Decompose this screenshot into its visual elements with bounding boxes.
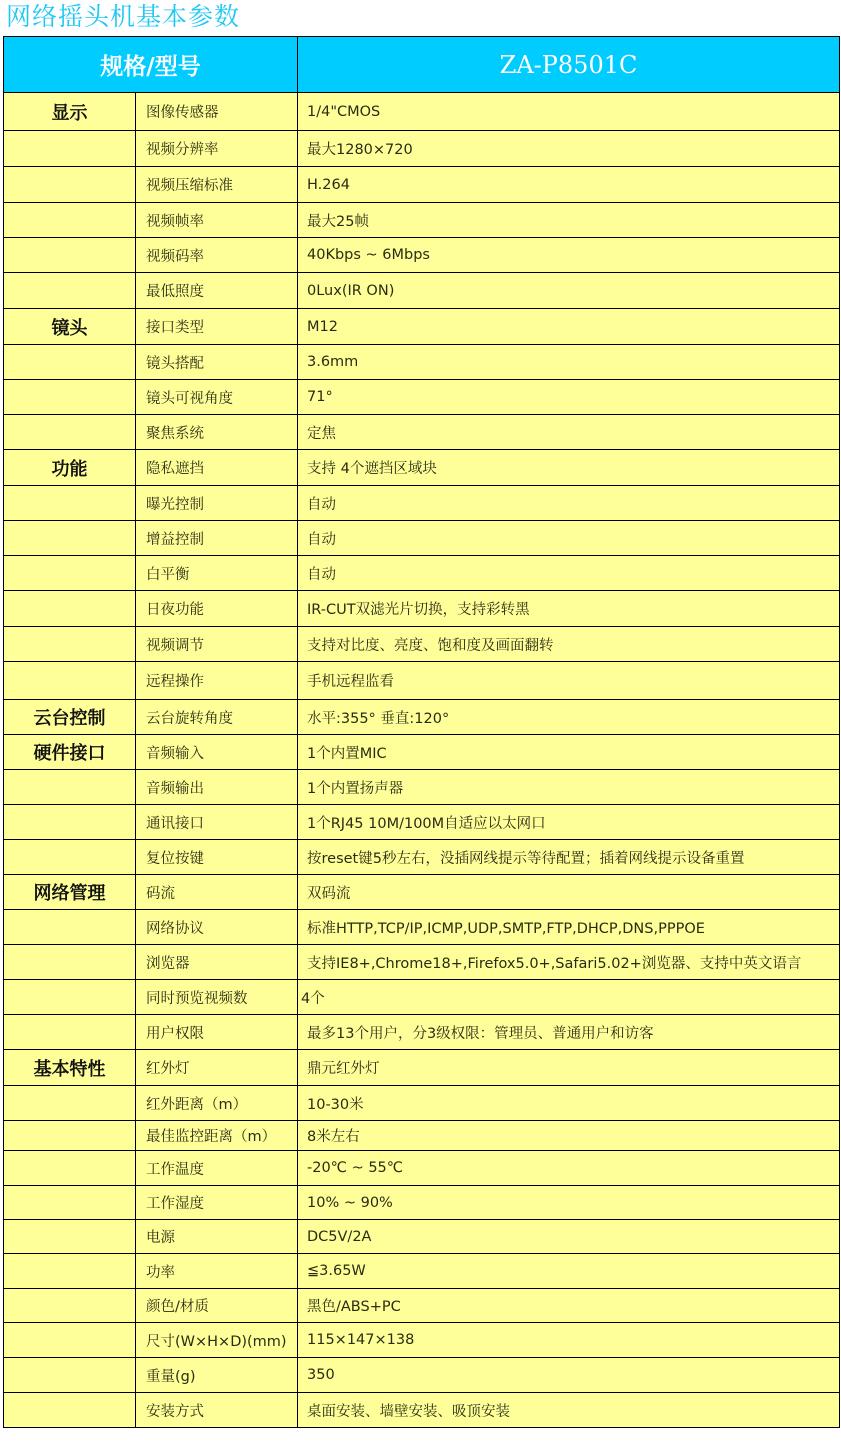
- category-cell: [4, 1015, 136, 1050]
- category-cell: [4, 273, 136, 309]
- parameter-value-cell: 1/4"CMOS: [298, 93, 840, 131]
- parameter-name-cell: 音频输入: [136, 735, 298, 770]
- spec-table: 规格/型号 ZA-P8501C 显示图像传感器1/4"CMOS视频分辨率最大12…: [3, 36, 840, 1428]
- parameter-name-cell: 工作温度: [136, 1151, 298, 1186]
- parameter-value-cell: 鼎元红外灯: [298, 1050, 840, 1086]
- parameter-value-cell: 按reset键5秒左右，没插网线提示等待配置；插着网线提示设备重置: [298, 840, 840, 875]
- parameter-value-cell: 自动: [298, 556, 840, 591]
- table-header-row: 规格/型号 ZA-P8501C: [4, 37, 840, 93]
- table-row: 硬件接口音频输入1个内置MIC: [4, 735, 840, 770]
- parameter-name-cell: 白平衡: [136, 556, 298, 591]
- category-cell: [4, 203, 136, 238]
- table-row: 网络协议标准HTTP,TCP/IP,ICMP,UDP,SMTP,FTP,DHCP…: [4, 910, 840, 945]
- table-row: 视频调节支持对比度、亮度、饱和度及画面翻转: [4, 627, 840, 662]
- category-cell: 硬件接口: [4, 735, 136, 770]
- category-cell: 镜头: [4, 309, 136, 345]
- table-row: 网络管理码流双码流: [4, 875, 840, 910]
- category-cell: [4, 167, 136, 203]
- category-cell: [4, 945, 136, 980]
- spec-table-body: 显示图像传感器1/4"CMOS视频分辨率最大1280×720视频压缩标准H.26…: [4, 93, 840, 1428]
- table-row: 功能隐私遮挡支持 4个遮挡区域块: [4, 450, 840, 486]
- parameter-name-cell: 隐私遮挡: [136, 450, 298, 486]
- category-cell: 云台控制: [4, 700, 136, 735]
- parameter-value-cell: 10-30米: [298, 1086, 840, 1121]
- parameter-value-cell: 支持对比度、亮度、饱和度及画面翻转: [298, 627, 840, 662]
- parameter-value-cell: 最大25帧: [298, 203, 840, 238]
- category-cell: [4, 1393, 136, 1428]
- category-cell: [4, 1121, 136, 1151]
- table-row: 视频码率40Kbps ~ 6Mbps: [4, 238, 840, 273]
- parameter-name-cell: 接口类型: [136, 309, 298, 345]
- parameter-value-cell: H.264: [298, 167, 840, 203]
- table-row: 重量(g)350: [4, 1358, 840, 1393]
- table-row: 视频压缩标准H.264: [4, 167, 840, 203]
- table-row: 增益控制自动: [4, 521, 840, 556]
- table-row: 视频帧率最大25帧: [4, 203, 840, 238]
- table-row: 聚焦系统定焦: [4, 415, 840, 450]
- category-cell: [4, 662, 136, 700]
- parameter-name-cell: 红外距离（m）: [136, 1086, 298, 1121]
- parameter-name-cell: 码流: [136, 875, 298, 910]
- table-row: 颜色/材质黑色/ABS+PC: [4, 1289, 840, 1323]
- table-row: 尺寸(W×H×D)(mm)115×147×138: [4, 1323, 840, 1358]
- parameter-value-cell: 115×147×138: [298, 1323, 840, 1358]
- parameter-name-cell: 视频帧率: [136, 203, 298, 238]
- parameter-value-cell: DC5V/2A: [298, 1220, 840, 1254]
- parameter-name-cell: 红外灯: [136, 1050, 298, 1086]
- parameter-name-cell: 颜色/材质: [136, 1289, 298, 1323]
- category-cell: 功能: [4, 450, 136, 486]
- table-row: 用户权限最多13个用户，分3级权限：管理员、普通用户和访客: [4, 1015, 840, 1050]
- category-cell: [4, 1220, 136, 1254]
- category-cell: [4, 1086, 136, 1121]
- parameter-value-cell: IR-CUT双滤光片切换，支持彩转黑: [298, 591, 840, 627]
- parameter-value-cell: 黑色/ABS+PC: [298, 1289, 840, 1323]
- parameter-value-cell: 双码流: [298, 875, 840, 910]
- parameter-name-cell: 同时预览视频数: [136, 980, 298, 1015]
- table-row: 安装方式桌面安装、墙壁安装、吸顶安装: [4, 1393, 840, 1428]
- category-cell: [4, 380, 136, 415]
- parameter-name-cell: 浏览器: [136, 945, 298, 980]
- parameter-value-cell: 350: [298, 1358, 840, 1393]
- table-row: 最佳监控距离（m）8米左右: [4, 1121, 840, 1151]
- table-row: 电源DC5V/2A: [4, 1220, 840, 1254]
- parameter-value-cell: 最大1280×720: [298, 131, 840, 167]
- parameter-value-cell: 40Kbps ~ 6Mbps: [298, 238, 840, 273]
- table-row: 镜头可视角度71°: [4, 380, 840, 415]
- category-cell: [4, 770, 136, 805]
- parameter-value-cell: 桌面安装、墙壁安装、吸顶安装: [298, 1393, 840, 1428]
- category-cell: [4, 556, 136, 591]
- category-cell: [4, 1358, 136, 1393]
- category-cell: [4, 1254, 136, 1289]
- table-row: 视频分辨率最大1280×720: [4, 131, 840, 167]
- parameter-name-cell: 尺寸(W×H×D)(mm): [136, 1323, 298, 1358]
- parameter-name-cell: 曝光控制: [136, 486, 298, 521]
- category-cell: [4, 980, 136, 1015]
- parameter-name-cell: 功率: [136, 1254, 298, 1289]
- table-row: 最低照度0Lux(IR ON): [4, 273, 840, 309]
- parameter-name-cell: 用户权限: [136, 1015, 298, 1050]
- table-row: 显示图像传感器1/4"CMOS: [4, 93, 840, 131]
- parameter-name-cell: 远程操作: [136, 662, 298, 700]
- category-cell: [4, 840, 136, 875]
- parameter-name-cell: 复位按键: [136, 840, 298, 875]
- parameter-value-cell: ≦3.65W: [298, 1254, 840, 1289]
- model-number-header: ZA-P8501C: [298, 37, 840, 93]
- parameter-value-cell: 1个内置扬声器: [298, 770, 840, 805]
- table-row: 浏览器支持IE8+,Chrome18+,Firefox5.0+,Safari5.…: [4, 945, 840, 980]
- parameter-value-cell: 0Lux(IR ON): [298, 273, 840, 309]
- parameter-value-cell: 标准HTTP,TCP/IP,ICMP,UDP,SMTP,FTP,DHCP,DNS…: [298, 910, 840, 945]
- parameter-name-cell: 工作湿度: [136, 1186, 298, 1220]
- parameter-name-cell: 最佳监控距离（m）: [136, 1121, 298, 1151]
- parameter-name-cell: 聚焦系统: [136, 415, 298, 450]
- parameter-value-cell: 3.6mm: [298, 345, 840, 380]
- parameter-name-cell: 日夜功能: [136, 591, 298, 627]
- parameter-value-cell: 71°: [298, 380, 840, 415]
- parameter-value-cell: 8米左右: [298, 1121, 840, 1151]
- parameter-value-cell: -20℃ ~ 55℃: [298, 1151, 840, 1186]
- category-cell: [4, 238, 136, 273]
- parameter-name-cell: 图像传感器: [136, 93, 298, 131]
- category-cell: 网络管理: [4, 875, 136, 910]
- category-cell: [4, 627, 136, 662]
- category-cell: [4, 131, 136, 167]
- category-cell: [4, 1323, 136, 1358]
- table-row: 基本特性红外灯鼎元红外灯: [4, 1050, 840, 1086]
- category-cell: [4, 521, 136, 556]
- category-cell: 显示: [4, 93, 136, 131]
- category-cell: [4, 591, 136, 627]
- parameter-value-cell: 4个: [298, 980, 840, 1015]
- table-row: 白平衡自动: [4, 556, 840, 591]
- parameter-value-cell: 10% ~ 90%: [298, 1186, 840, 1220]
- parameter-name-cell: 安装方式: [136, 1393, 298, 1428]
- page-title: 网络摇头机基本参数: [6, 1, 240, 33]
- parameter-name-cell: 重量(g): [136, 1358, 298, 1393]
- parameter-value-cell: 支持 4个遮挡区域块: [298, 450, 840, 486]
- parameter-name-cell: 视频调节: [136, 627, 298, 662]
- parameter-name-cell: 通讯接口: [136, 805, 298, 840]
- category-cell: [4, 415, 136, 450]
- category-cell: [4, 486, 136, 521]
- parameter-name-cell: 增益控制: [136, 521, 298, 556]
- parameter-name-cell: 电源: [136, 1220, 298, 1254]
- parameter-name-cell: 云台旋转角度: [136, 700, 298, 735]
- parameter-name-cell: 网络协议: [136, 910, 298, 945]
- table-row: 通讯接口1个RJ45 10M/100M自适应以太网口: [4, 805, 840, 840]
- category-cell: [4, 1289, 136, 1323]
- parameter-value-cell: 水平:355° 垂直:120°: [298, 700, 840, 735]
- parameter-value-cell: 自动: [298, 486, 840, 521]
- parameter-value-cell: M12: [298, 309, 840, 345]
- table-row: 同时预览视频数4个: [4, 980, 840, 1015]
- parameter-name-cell: 镜头可视角度: [136, 380, 298, 415]
- table-row: 镜头搭配3.6mm: [4, 345, 840, 380]
- table-row: 红外距离（m）10-30米: [4, 1086, 840, 1121]
- parameter-value-cell: 最多13个用户，分3级权限：管理员、普通用户和访客: [298, 1015, 840, 1050]
- parameter-name-cell: 视频码率: [136, 238, 298, 273]
- parameter-name-cell: 视频分辨率: [136, 131, 298, 167]
- category-cell: [4, 1186, 136, 1220]
- table-row: 功率≦3.65W: [4, 1254, 840, 1289]
- table-row: 云台控制云台旋转角度水平:355° 垂直:120°: [4, 700, 840, 735]
- table-row: 复位按键按reset键5秒左右，没插网线提示等待配置；插着网线提示设备重置: [4, 840, 840, 875]
- parameter-value-cell: 1个RJ45 10M/100M自适应以太网口: [298, 805, 840, 840]
- parameter-value-cell: 支持IE8+,Chrome18+,Firefox5.0+,Safari5.02+…: [298, 945, 840, 980]
- parameter-name-cell: 音频输出: [136, 770, 298, 805]
- category-cell: [4, 910, 136, 945]
- parameter-name-cell: 最低照度: [136, 273, 298, 309]
- category-cell: [4, 805, 136, 840]
- table-row: 镜头接口类型M12: [4, 309, 840, 345]
- table-row: 工作湿度10% ~ 90%: [4, 1186, 840, 1220]
- parameter-name-cell: 视频压缩标准: [136, 167, 298, 203]
- parameter-value-cell: 1个内置MIC: [298, 735, 840, 770]
- table-row: 音频输出1个内置扬声器: [4, 770, 840, 805]
- parameter-value-cell: 自动: [298, 521, 840, 556]
- category-cell: [4, 345, 136, 380]
- parameter-value-cell: 定焦: [298, 415, 840, 450]
- table-row: 曝光控制自动: [4, 486, 840, 521]
- parameter-value-cell: 手机远程监看: [298, 662, 840, 700]
- parameter-name-cell: 镜头搭配: [136, 345, 298, 380]
- table-row: 远程操作手机远程监看: [4, 662, 840, 700]
- category-cell: 基本特性: [4, 1050, 136, 1086]
- spec-model-header-label: 规格/型号: [4, 37, 298, 93]
- category-cell: [4, 1151, 136, 1186]
- table-row: 工作温度-20℃ ~ 55℃: [4, 1151, 840, 1186]
- table-row: 日夜功能IR-CUT双滤光片切换，支持彩转黑: [4, 591, 840, 627]
